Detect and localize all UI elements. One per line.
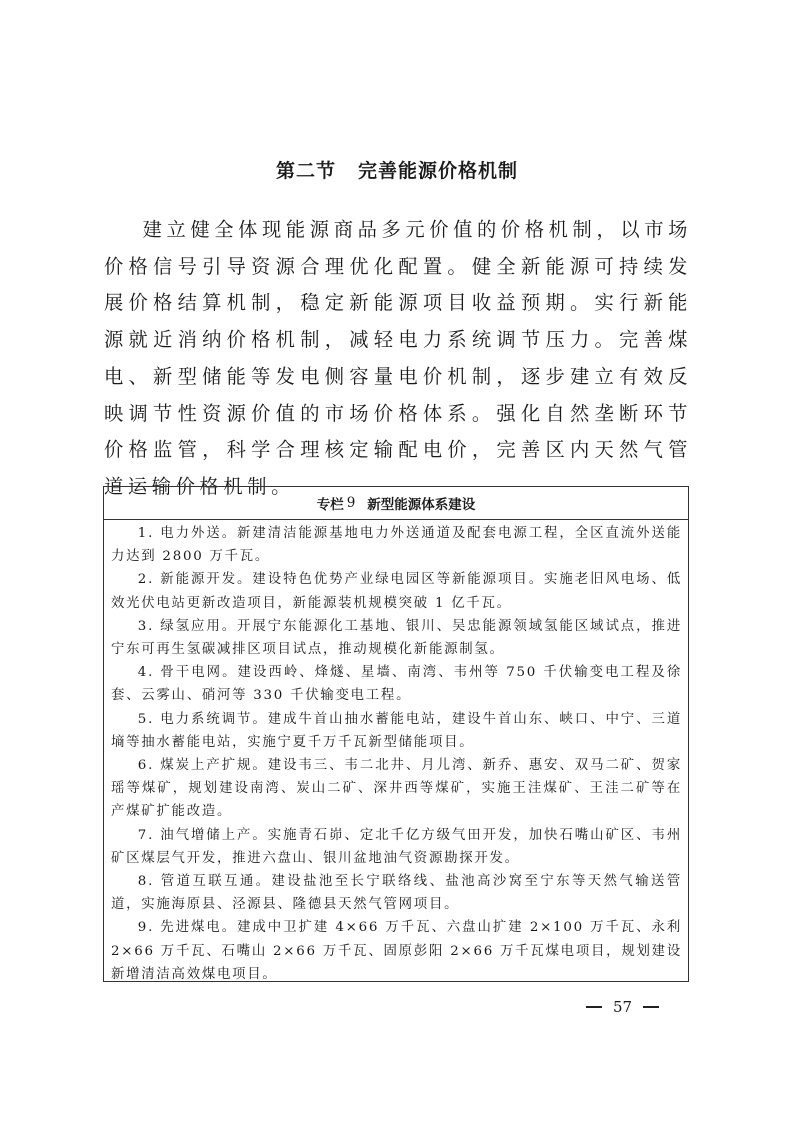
box-item: 8. 管道互联互通。建设盐池至长宁联络线、盐池高沙窝至宁东等天然气输送管道，实施… [111,870,682,916]
box-item: 6. 煤炭上产扩规。建设韦三、韦二北井、月儿湾、新乔、惠安、双马二矿、贺家瑶等煤… [111,754,682,824]
section-title: 完善能源价格机制 [358,160,518,182]
dash-left [586,1006,602,1007]
dash-right [643,1006,659,1007]
box-item: 9. 先进煤电。建成中卫扩建 4×66 万千瓦、六盘山扩建 2×100 万千瓦、… [111,916,682,986]
page-footer: 57 [586,998,659,1016]
box-item: 1. 电力外送。新建清洁能源基地电力外送通道及配套电源工程，全区直流外送能力达到… [111,522,682,568]
box-item: 7. 油气增储上产。实施青石峁、定北千亿方级气田开发，加快石嘴山矿区、韦州矿区煤… [111,824,682,870]
section-heading: 第二节完善能源价格机制 [0,156,794,183]
box-title: 新型能源体系建设 [367,493,475,513]
page-number: 57 [613,998,632,1016]
body-paragraph: 建立健全体现能源商品多元价值的价格机制，以市场价格信号引导资源合理优化配置。健全… [104,212,692,506]
box-item: 5. 电力系统调节。建成牛首山抽水蓄能电站，建设牛首山东、峡口、中宁、三道墒等抽… [111,708,682,754]
box-label: 专栏 [317,493,344,513]
box-body: 1. 电力外送。新建清洁能源基地电力外送通道及配套电源工程，全区直流外送能力达到… [104,520,688,986]
box-item: 2. 新能源开发。建设特色优势产业绿电园区等新能源项目。实施老旧风电场、低效光伏… [111,568,682,614]
box-number: 9 [347,495,356,511]
feature-box: 专栏9新型能源体系建设 1. 电力外送。新建清洁能源基地电力外送通道及配套电源工… [103,486,689,982]
box-item: 4. 骨干电网。建设西岭、烽燧、星墙、南湾、韦州等 750 千伏输变电工程及徐套… [111,661,682,707]
box-header: 专栏9新型能源体系建设 [104,487,688,520]
box-item: 3. 绿氢应用。开展宁东能源化工基地、银川、吴忠能源领域氢能区域试点，推进宁东可… [111,615,682,661]
section-number: 第二节 [276,160,336,182]
